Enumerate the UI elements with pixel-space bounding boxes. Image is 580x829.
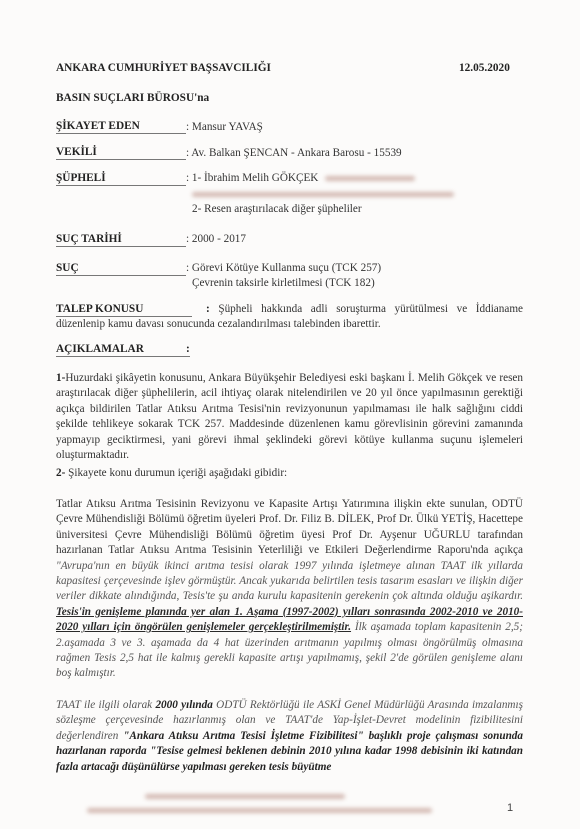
explanations-text: AÇIKLAMALAR — [56, 343, 144, 355]
suspect-value-redacted — [192, 188, 454, 200]
explanations-label: AÇIKLAMALAR : — [56, 343, 190, 357]
redacted-suspect-info-2 — [192, 192, 454, 197]
paragraph-4: TAAT ile ilgili olarak 2000 yılında ODTÜ… — [56, 698, 523, 775]
paragraph-2: 2- Şikayete konu durumun içeriği aşağıda… — [56, 466, 523, 481]
paragraph-3: Tatlar Atıksu Arıtma Tesisinin Revizyonu… — [56, 497, 523, 682]
paragraph-1-text: Huzurdaki şikâyetin konusunu, Ankara Büy… — [56, 372, 523, 461]
suspect-label: ŞÜPHELİ — [56, 172, 186, 186]
crime-date-label: SUÇ TARİHİ — [56, 233, 186, 247]
suspect-value-1: : 1- İbrahim Melih GÖKÇEK — [186, 172, 415, 184]
crime-value-1: : Görevi Kötüye Kullanma suçu (TCK 257) — [186, 262, 381, 274]
paragraph-4-intro: TAAT ile ilgili olarak — [56, 699, 155, 711]
paragraph-3-intro: Tatlar Atıksu Arıtma Tesisinin Revizyonu… — [56, 498, 523, 556]
redacted-footer-1 — [145, 794, 345, 799]
complainant-value: : Mansur YAVAŞ — [186, 121, 263, 133]
paragraph-4-quote: "Ankara Atıksu Arıtma Tesisi İşletme Fiz… — [56, 730, 523, 773]
paragraph-2-text: Şikayete konu durumun içeriği aşağıdaki … — [65, 467, 287, 479]
page-number: 1 — [507, 802, 513, 814]
complainant-label: ŞİKAYET EDEN — [56, 120, 186, 134]
footer-redacted-line-2 — [87, 801, 432, 819]
bureau-heading: BASIN SUÇLARI BÜROSU'na — [56, 92, 209, 104]
request-text: : Şüpheli hakkında adli soruşturma yürüt… — [56, 302, 523, 333]
report-quote-1: "Avrupa'nın en büyük ikinci arıtma tesis… — [56, 560, 523, 603]
request-colon: : — [206, 303, 210, 315]
crime-date-value: : 2000 - 2017 — [186, 233, 246, 245]
crime-label: SUÇ — [56, 262, 186, 276]
redacted-suspect-info-1 — [325, 176, 415, 181]
request-body: Şüpheli hakkında adli soruşturma yürütül… — [56, 303, 523, 330]
suspect-value-2: 2- Resen araştırılacak diğer şüpheliler — [192, 203, 362, 215]
paragraph-1: 1-Huzurdaki şikâyetin konusunu, Ankara B… — [56, 371, 523, 463]
authority-heading: ANKARA CUMHURİYET BAŞSAVCILIĞI — [56, 62, 271, 74]
attorney-value: : Av. Balkan ŞENCAN - Ankara Barosu - 15… — [186, 147, 402, 159]
attorney-label: VEKİLİ — [56, 146, 186, 160]
explanations-colon: : — [186, 343, 190, 355]
bureau-text: BASIN SUÇLARI BÜROSU'na — [56, 92, 209, 104]
suspect-name: : 1- İbrahim Melih GÖKÇEK — [186, 172, 318, 184]
redacted-footer-2 — [87, 808, 432, 813]
paragraph-4-year: 2000 yılında — [155, 699, 212, 711]
paragraph-1-number: 1- — [56, 372, 65, 384]
document-date: 12.05.2020 — [459, 62, 510, 74]
document-page: ANKARA CUMHURİYET BAŞSAVCILIĞI 12.05.202… — [0, 0, 580, 829]
paragraph-2-number: 2- — [56, 467, 65, 479]
crime-value-2: Çevrenin taksirle kirletilmesi (TCK 182) — [192, 277, 375, 289]
